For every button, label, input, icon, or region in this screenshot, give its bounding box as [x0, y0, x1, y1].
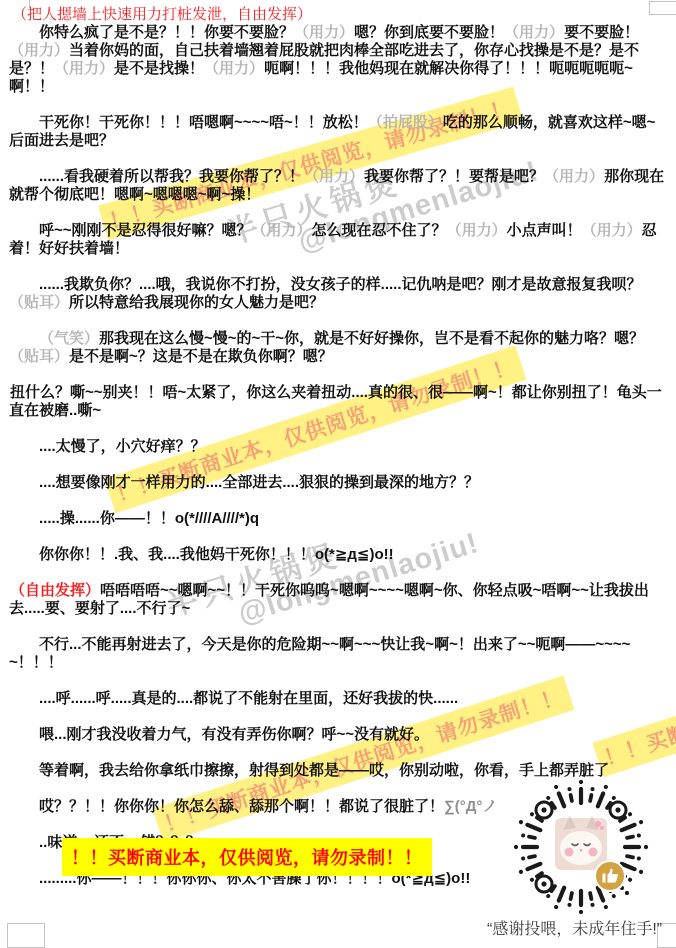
- dialogue-text: ....太慢了，小穴好痒？？: [39, 438, 206, 455]
- dialogue-text: ....呼......呼.....真是的....都说了不能射在里面，还好我拔的快…: [39, 690, 458, 707]
- dialogue-text: 哎？？！！你你你！你怎么舔、舔那个啊！！都说了很脏了！: [39, 798, 444, 815]
- dialogue-text: 唔唔唔唔~~嗯啊~~！！干死你呜呜~嗯啊~~~~嗯啊~你、你轻点吸~唔啊~~让我…: [9, 582, 649, 617]
- script-paragraph: 你特么疯了是不是？！！你要不要脸？（用力）嗯？你到底要不要脸！（用力）要不要脸！…: [9, 24, 668, 96]
- script-paragraph: （自由发挥）唔唔唔唔~~嗯啊~~！！干死你呜呜~嗯啊~~~~嗯啊~你、你轻点吸~…: [9, 582, 668, 618]
- script-paragraph: ....太慢了，小穴好痒？？: [9, 438, 668, 456]
- stage-cue: （用力）: [582, 222, 642, 239]
- stage-cue: （贴耳）: [9, 348, 69, 365]
- dialogue-text: 你特么疯了是不是？！！你要不要脸？: [39, 24, 294, 41]
- stage-cue: （用力）: [504, 24, 564, 41]
- dialogue-text: 要不要脸！: [564, 24, 639, 41]
- script-text: （把人摁墙上快速用力打桩发泄，自由发挥） 你特么疯了是不是？！！你要不要脸？（用…: [0, 0, 676, 906]
- script-paragraph: 喂...刚才我没收着力气，有没有弄伤你啊？呼~~没有就好。: [9, 726, 668, 744]
- dialogue-text: ....想要像刚才一样用力的....全部进去....狠狠的操到最深的地方？？: [39, 474, 479, 491]
- stage-cue: （用力）: [544, 168, 604, 185]
- qr-code: [506, 772, 656, 922]
- footer-note: “感谢投喂，未成年住手!”: [487, 916, 662, 939]
- dialogue-text: 所以特意给我展现你的女人魅力是吧？: [69, 294, 324, 311]
- document-page: ！！买断商业本，仅供阅览，请勿录制！！ ！！买断商业本，仅供阅览，请勿录制！！ …: [0, 0, 676, 948]
- script-paragraph: 不行...不能再射进去了，今天是你的危险期~~啊~~~快让我~啊~！出来了~~呃…: [9, 636, 668, 672]
- stage-cue: （用力）: [252, 222, 312, 239]
- thumbs-up-badge: [595, 861, 625, 891]
- stage-cue: （用力）: [294, 24, 354, 41]
- dialogue-text: 那我现在这么慢~慢~的~干~你，就是不好好操你，岂不是看不起你的魅力咯？嗯？: [99, 330, 644, 347]
- dialogue-text: .....操......你——！！o(*////A////*)q: [39, 510, 259, 527]
- script-paragraph: ......看我硬着所以帮我？我要你帮了？！（用力）我要你帮了？！要帮是吧？（用…: [9, 168, 668, 204]
- dialogue-text: ∑(°Д°ノ: [444, 798, 497, 815]
- script-paragraph: .....操......你——！！o(*////A////*)q: [9, 510, 668, 528]
- script-paragraph: ....想要像刚才一样用力的....全部进去....狠狠的操到最深的地方？？: [9, 474, 668, 492]
- script-paragraph: （气笑）那我现在这么慢~慢~的~干~你，就是不好好操你，岂不是看不起你的魅力咯？…: [9, 330, 668, 366]
- dialogue-text: 扭什么？嘶~~别夹！！唔~太紧了，你这么夹着扭动....真的很、很——啊~！都让…: [9, 384, 662, 419]
- direction-note: （把人摁墙上快速用力打桩发泄，自由发挥）: [9, 6, 668, 24]
- dialogue-text: ......我欺负你？....哦，我说你不打扮，没女孩子的样.....记仇呐是吧…: [39, 276, 642, 293]
- qr-center-cat-photo: [555, 816, 607, 870]
- script-paragraph: 扭什么？嘶~~别夹！！唔~太紧了，你这么夹着扭动....真的很、很——啊~！都让…: [9, 384, 668, 420]
- stage-cue: （气笑）: [39, 330, 99, 347]
- dialogue-text: 是不是找操！: [114, 60, 204, 77]
- stage-cue: （用力）: [54, 60, 114, 77]
- dialogue-text: 嗯？你到底要不要脸！: [354, 24, 504, 41]
- stage-cue: （用力）: [204, 60, 264, 77]
- dialogue-text: 小点声叫！: [507, 222, 582, 239]
- stage-cue: （用力）: [304, 168, 364, 185]
- stage-cue: （拍屁股）: [368, 114, 443, 131]
- red-note: （自由发挥）: [10, 582, 100, 599]
- notice-banner: ！！买断商业本，仅供阅览，请勿录制！！: [62, 838, 432, 876]
- stage-cue: （用力）: [447, 222, 507, 239]
- dialogue-text: 不行...不能再射进去了，今天是你的危险期~~啊~~~快让我~啊~！出来了~~呃…: [9, 636, 630, 671]
- dialogue-text: 是不是啊~？这是不是在欺负你啊？嗯？: [69, 348, 333, 365]
- script-paragraph: ......我欺负你？....哦，我说你不打扮，没女孩子的样.....记仇呐是吧…: [9, 276, 668, 312]
- dialogue-text: 我要你帮了？！要帮是吧？: [364, 168, 544, 185]
- dialogue-text: 你你你！！.我、我....我他妈干死你！！！o(*≧д≦)o!!: [39, 546, 394, 563]
- script-paragraph: ....呼......呼.....真是的....都说了不能射在里面，还好我拔的快…: [9, 690, 668, 708]
- stage-cue: （贴耳）: [9, 294, 69, 311]
- dialogue-text: 怎么现在忍不住了？: [312, 222, 447, 239]
- stage-cue: （用力）: [9, 42, 69, 59]
- dialogue-text: ......看我硬着所以帮我？我要你帮了？！: [39, 168, 304, 185]
- script-paragraph: 干死你！干死你！！！唔嗯啊~~~~唔~！！放松！（拍屁股）吃的那么顺畅，就喜欢这…: [9, 114, 668, 150]
- dialogue-text: 喂...刚才我没收着力气，有没有弄伤你啊？呼~~没有就好。: [39, 726, 429, 743]
- dialogue-text: 呼~~刚刚不是忍得很好嘛？嗯？: [39, 222, 252, 239]
- script-paragraph: 你你你！！.我、我....我他妈干死你！！！o(*≧д≦)o!!: [9, 546, 668, 564]
- script-paragraph: 呼~~刚刚不是忍得很好嘛？嗯？（用力）怎么现在忍不住了？（用力）小点声叫！（用力…: [9, 222, 668, 258]
- dialogue-text: 干死你！干死你！！！唔嗯啊~~~~唔~！！放松！: [39, 114, 368, 131]
